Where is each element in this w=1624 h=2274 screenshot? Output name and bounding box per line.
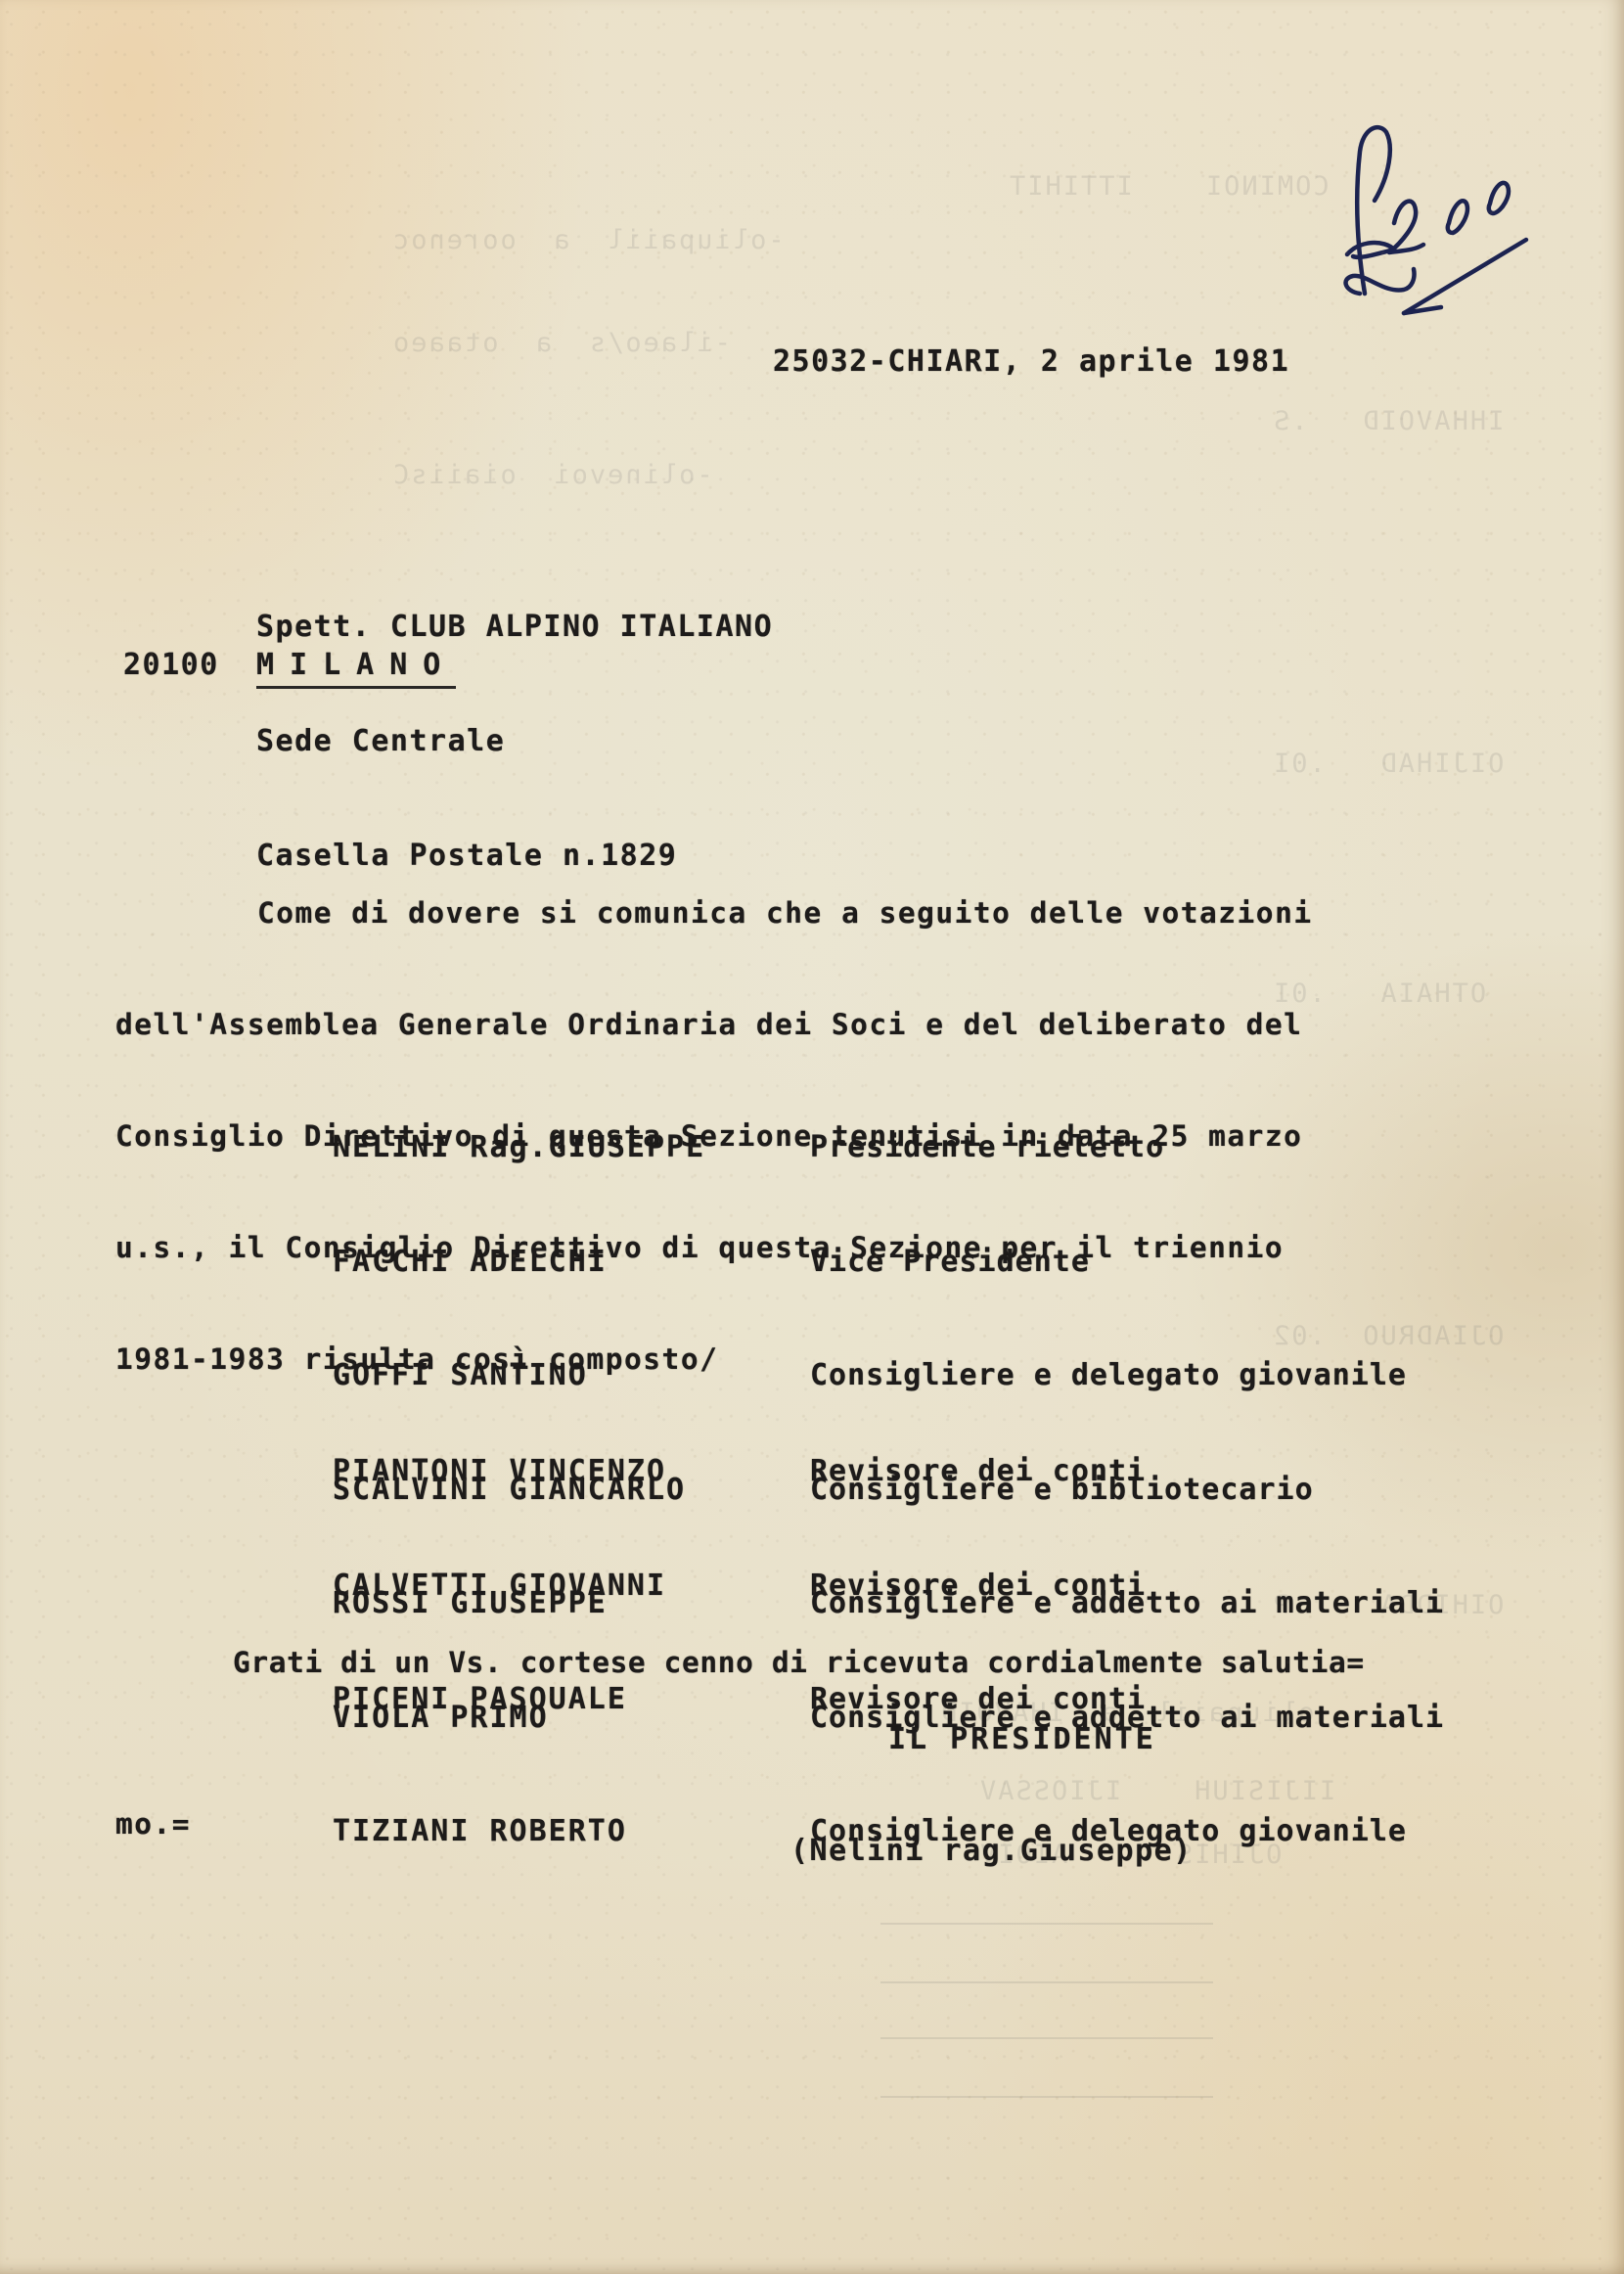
bleed-through-text: COMINOI ITTIHIT (1008, 171, 1330, 202)
bleed-through-text: IHHAVOID .S (1272, 406, 1504, 436)
body-line: dell'Assemblea Generale Ordinaria dei So… (115, 1006, 1313, 1043)
council-member-row: FACCHI ADELCHI Vice Presidente (333, 1243, 1444, 1281)
bleed-through-text: -oliupaiil a oorenoc (391, 225, 785, 255)
letter-page: COMINOI ITTIHIT -oliupaiil a oorenoc -il… (0, 0, 1624, 2274)
auditor-role: Revisore dei conti (810, 1452, 1146, 1490)
recipient-line-2: Sede Centrale (256, 722, 773, 760)
pound-sign-icon: £200 (1306, 108, 1580, 333)
svg-text:£200: £200 (1306, 108, 1337, 112)
bleed-through-text: OIJIHAD .0I (1272, 749, 1504, 779)
recipient-postal-code: 20100 (123, 646, 219, 684)
signature-block: IL PRESIDENTE (Nelini rag.Giuseppe) (790, 1647, 1193, 1944)
member-name: NELINI Rag.GIUSEPPE (333, 1128, 810, 1166)
bleed-through-text: -olinevoi oiaiisC (391, 460, 713, 490)
handwritten-amount-annotation: £200 (1306, 108, 1580, 333)
auditor-name: PIANTONI VINCENZO (333, 1452, 810, 1490)
council-member-row: NELINI Rag.GIUSEPPE Presidente rieletto (333, 1128, 1444, 1166)
bleed-through-rule (880, 1981, 1213, 1983)
bleed-through-rule (880, 2037, 1213, 2039)
member-role: Presidente rieletto (810, 1128, 1164, 1166)
place-date: 25032-CHIARI, 2 aprile 1981 (773, 342, 1289, 381)
bleed-through-rule (880, 2096, 1213, 2098)
member-name: FACCHI ADELCHI (333, 1243, 810, 1281)
body-line: Come di dovere si comunica che a seguito… (115, 894, 1313, 932)
recipient-line-1: Spett. CLUB ALPINO ITALIANO (256, 608, 773, 646)
auditor-row: PIANTONI VINCENZO Revisore dei conti (333, 1452, 1146, 1490)
member-role: Vice Presidente (810, 1243, 1090, 1281)
signature-name: (Nelini rag.Giuseppe) (790, 1833, 1193, 1870)
signature-title: IL PRESIDENTE (790, 1721, 1193, 1758)
recipient-city: MILANO (256, 646, 456, 689)
bleed-through-text: -ilaeo/s a otaaeo (391, 328, 731, 358)
